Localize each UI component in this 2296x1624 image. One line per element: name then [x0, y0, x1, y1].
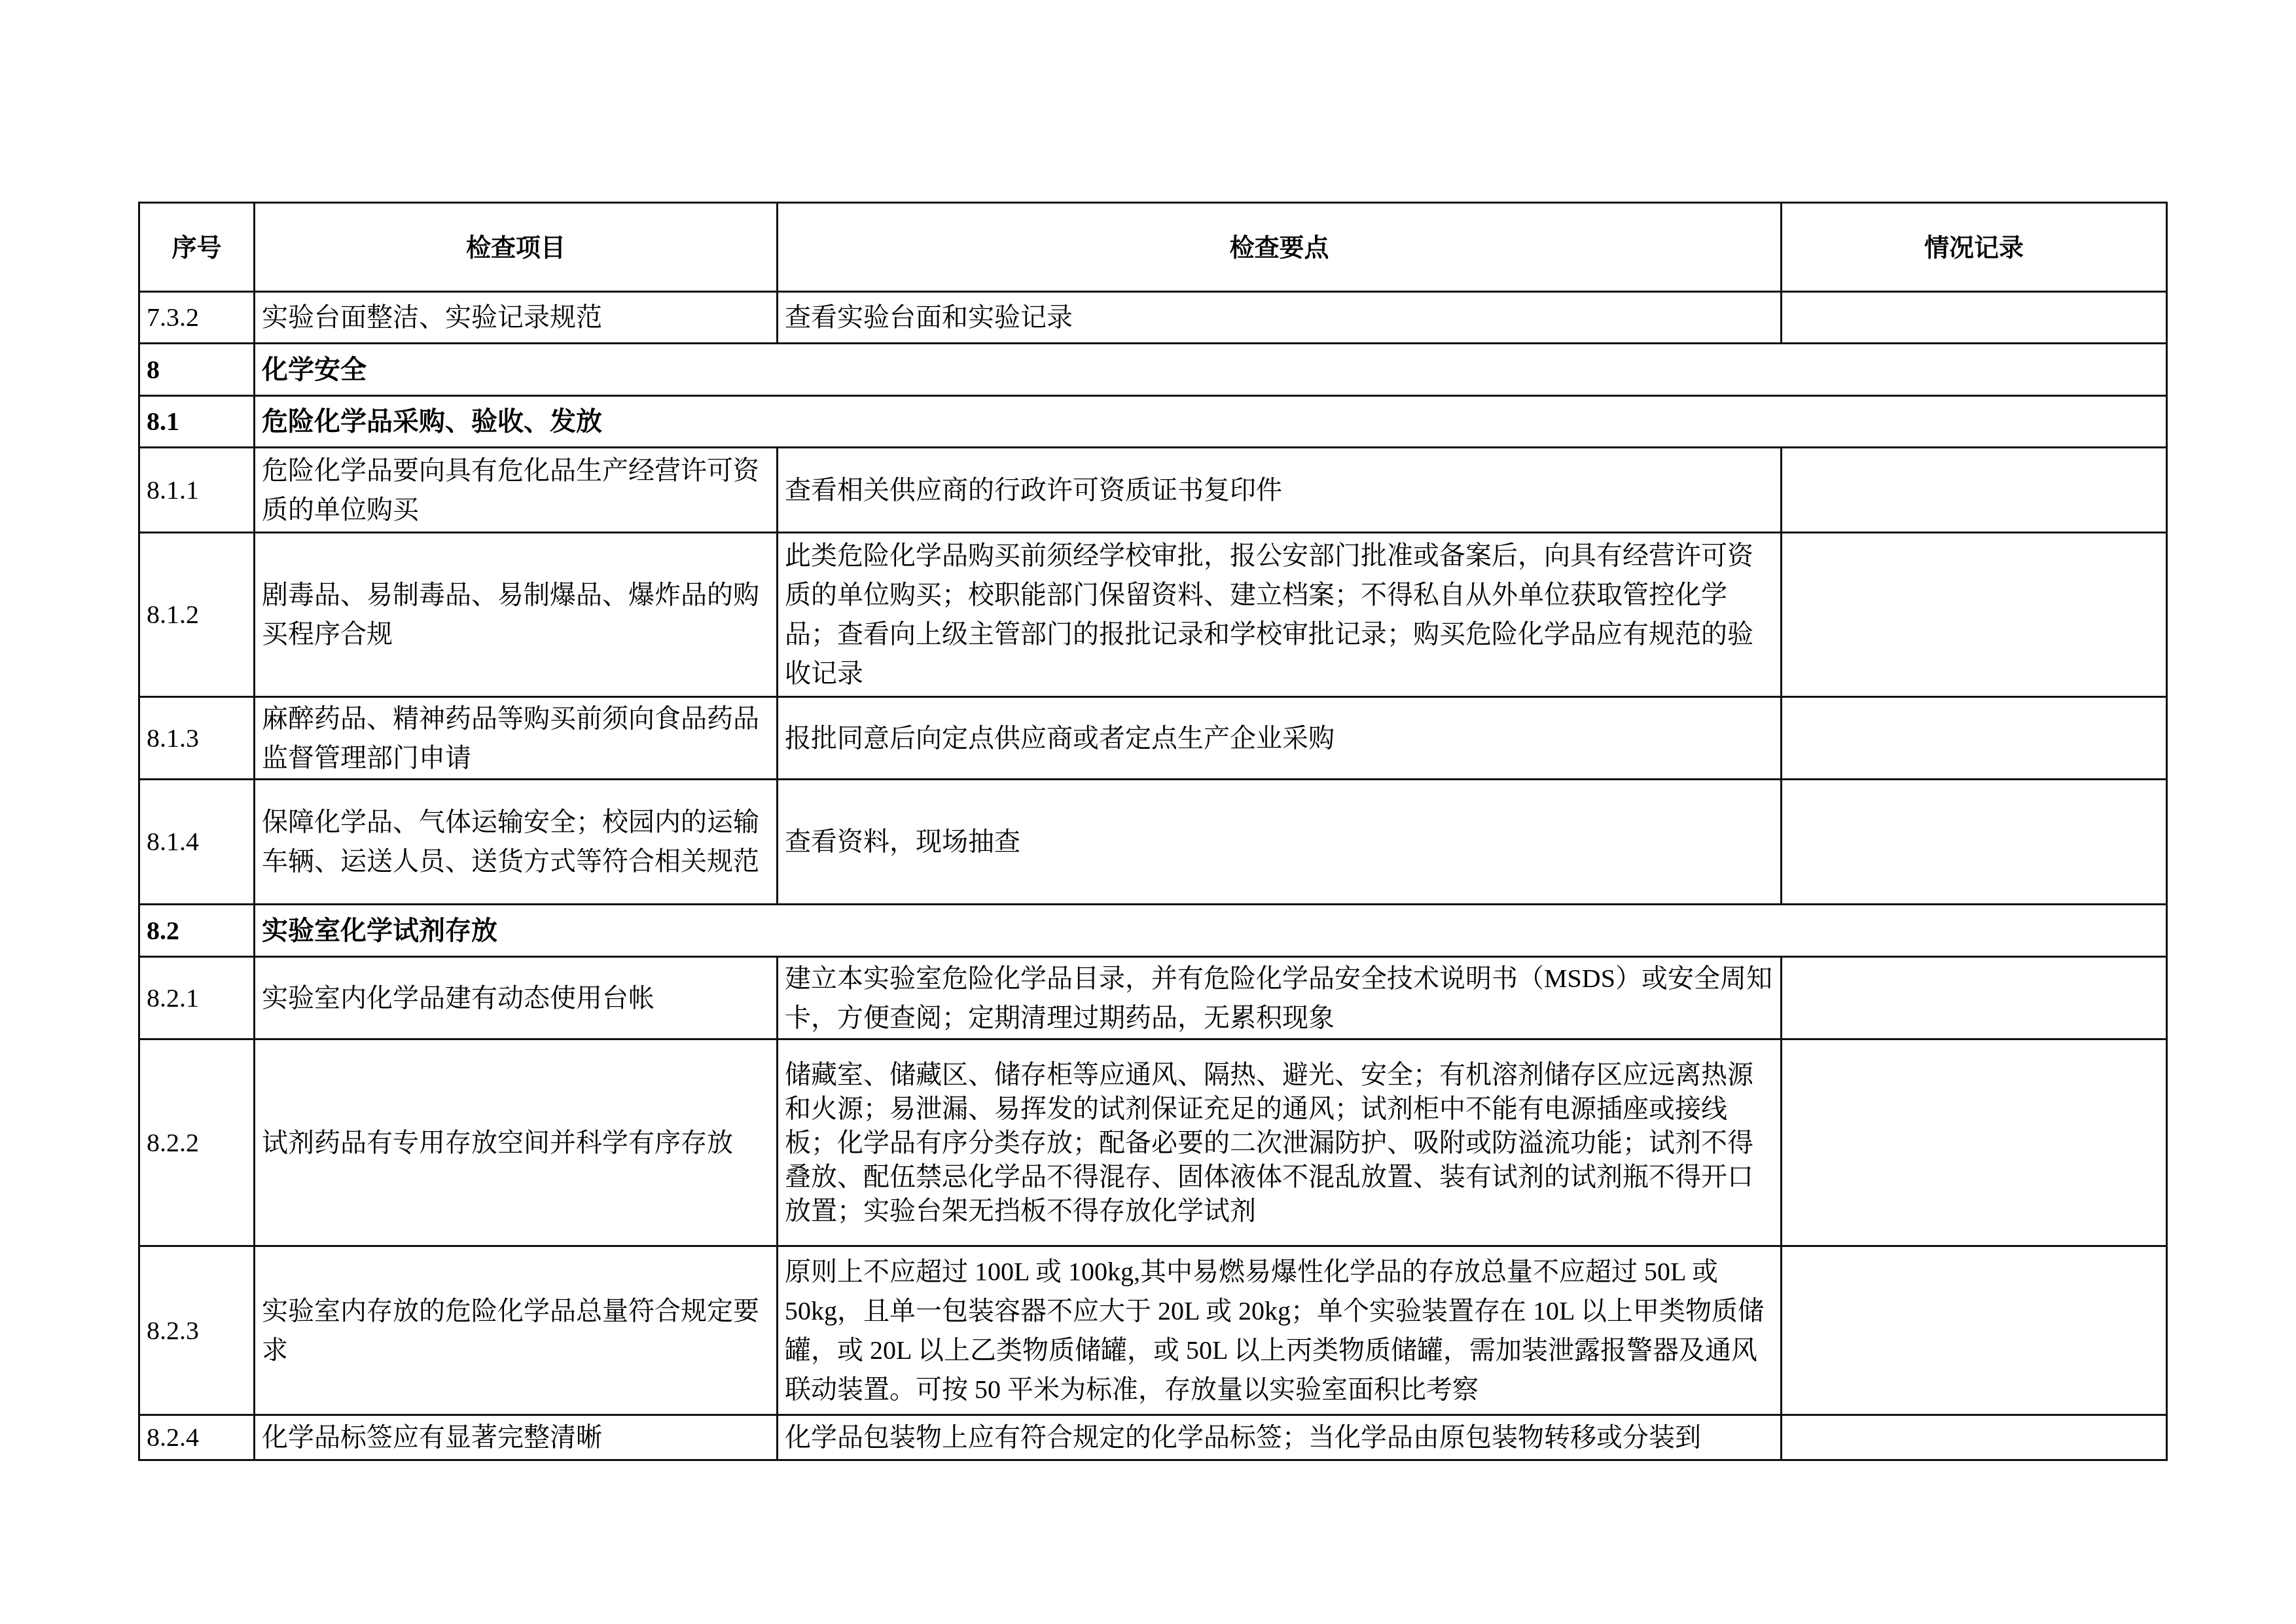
section-row: 8.1 危险化学品采购、验收、发放: [139, 396, 2167, 448]
row-item: 实验台面整洁、实验记录规范: [255, 292, 778, 344]
row-no: 8.1.3: [139, 697, 255, 780]
table-row: 8.1.2 剧毒品、易制毒品、易制爆品、爆炸品的购买程序合规 此类危险化学品购买…: [139, 533, 2167, 697]
header-no: 序号: [139, 203, 255, 292]
table-row: 7.3.2 实验台面整洁、实验记录规范 查看实验台面和实验记录: [139, 292, 2167, 344]
row-points: 报批同意后向定点供应商或者定点生产企业采购: [778, 697, 1782, 780]
table-row: 8.2.2 试剂药品有专用存放空间并科学有序存放 储藏室、储藏区、储存柜等应通风…: [139, 1039, 2167, 1246]
table-row: 8.1.3 麻醉药品、精神药品等购买前须向食品药品监督管理部门申请 报批同意后向…: [139, 697, 2167, 780]
row-no: 8.1.1: [139, 448, 255, 533]
row-record[interactable]: [1782, 1246, 2167, 1415]
row-item: 危险化学品要向具有危化品生产经营许可资质的单位购买: [255, 448, 778, 533]
row-item: 保障化学品、气体运输安全；校园内的运输车辆、运送人员、送货方式等符合相关规范: [255, 780, 778, 905]
row-no: 8.1.4: [139, 780, 255, 905]
table-row: 8.1.4 保障化学品、气体运输安全；校园内的运输车辆、运送人员、送货方式等符合…: [139, 780, 2167, 905]
header-record: 情况记录: [1782, 203, 2167, 292]
row-points: 建立本实验室危险化学品目录，并有危险化学品安全技术说明书（MSDS）或安全周知卡…: [778, 957, 1782, 1039]
row-item: 实验室内存放的危险化学品总量符合规定要求: [255, 1246, 778, 1415]
row-item: 化学品标签应有显著完整清晰: [255, 1415, 778, 1460]
row-points: 此类危险化学品购买前须经学校审批，报公安部门批准或备案后，向具有经营许可资质的单…: [778, 533, 1782, 697]
row-record[interactable]: [1782, 697, 2167, 780]
inspection-table: 序号 检查项目 检查要点 情况记录 7.3.2 实验台面整洁、实验记录规范 查看…: [138, 202, 2168, 1461]
row-record[interactable]: [1782, 1039, 2167, 1246]
table-row: 8.2.4 化学品标签应有显著完整清晰 化学品包装物上应有符合规定的化学品标签；…: [139, 1415, 2167, 1460]
row-no: 8.2.2: [139, 1039, 255, 1246]
row-record[interactable]: [1782, 780, 2167, 905]
row-record[interactable]: [1782, 292, 2167, 344]
row-record[interactable]: [1782, 957, 2167, 1039]
row-item: 实验室内化学品建有动态使用台帐: [255, 957, 778, 1039]
row-points: 查看相关供应商的行政许可资质证书复印件: [778, 448, 1782, 533]
row-item: 剧毒品、易制毒品、易制爆品、爆炸品的购买程序合规: [255, 533, 778, 697]
section-title: 化学安全: [255, 344, 2167, 396]
row-record[interactable]: [1782, 448, 2167, 533]
table-row: 8.1.1 危险化学品要向具有危化品生产经营许可资质的单位购买 查看相关供应商的…: [139, 448, 2167, 533]
row-item: 试剂药品有专用存放空间并科学有序存放: [255, 1039, 778, 1246]
row-no: 7.3.2: [139, 292, 255, 344]
section-title: 实验室化学试剂存放: [255, 905, 2167, 957]
row-item: 麻醉药品、精神药品等购买前须向食品药品监督管理部门申请: [255, 697, 778, 780]
section-no: 8.2: [139, 905, 255, 957]
header-item: 检查项目: [255, 203, 778, 292]
header-points: 检查要点: [778, 203, 1782, 292]
row-points: 查看实验台面和实验记录: [778, 292, 1782, 344]
table-row: 8.2.1 实验室内化学品建有动态使用台帐 建立本实验室危险化学品目录，并有危险…: [139, 957, 2167, 1039]
row-points: 化学品包装物上应有符合规定的化学品标签；当化学品由原包装物转移或分装到: [778, 1415, 1782, 1460]
section-title: 危险化学品采购、验收、发放: [255, 396, 2167, 448]
row-record[interactable]: [1782, 533, 2167, 697]
row-no: 8.1.2: [139, 533, 255, 697]
row-no: 8.2.4: [139, 1415, 255, 1460]
row-points: 原则上不应超过 100L 或 100kg,其中易燃易爆性化学品的存放总量不应超过…: [778, 1246, 1782, 1415]
table-header-row: 序号 检查项目 检查要点 情况记录: [139, 203, 2167, 292]
section-no: 8: [139, 344, 255, 396]
row-points: 查看资料，现场抽查: [778, 780, 1782, 905]
row-no: 8.2.3: [139, 1246, 255, 1415]
row-record[interactable]: [1782, 1415, 2167, 1460]
section-row: 8 化学安全: [139, 344, 2167, 396]
row-points: 储藏室、储藏区、储存柜等应通风、隔热、避光、安全；有机溶剂储存区应远离热源和火源…: [778, 1039, 1782, 1246]
section-no: 8.1: [139, 396, 255, 448]
section-row: 8.2 实验室化学试剂存放: [139, 905, 2167, 957]
row-no: 8.2.1: [139, 957, 255, 1039]
table-row: 8.2.3 实验室内存放的危险化学品总量符合规定要求 原则上不应超过 100L …: [139, 1246, 2167, 1415]
